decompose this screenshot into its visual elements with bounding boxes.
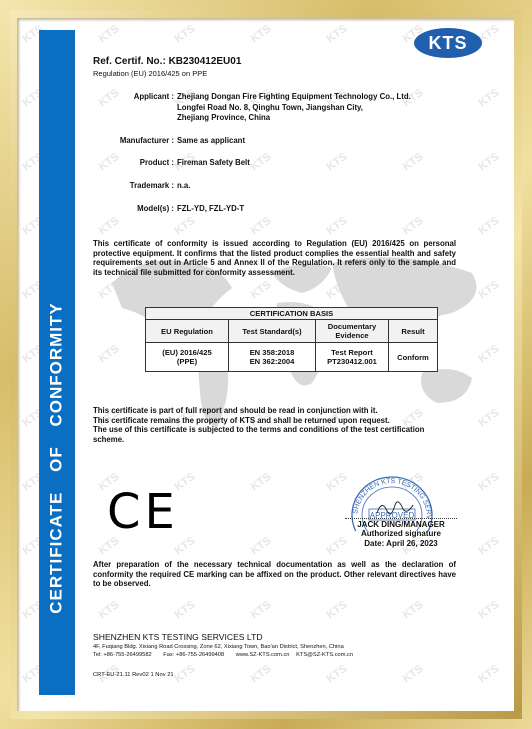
watermark-text: KTS [477,87,502,109]
watermark-text: KTS [97,599,122,621]
watermark-text: KTS [477,599,502,621]
signature-date: Date: April 26, 2023 [339,539,463,548]
watermark-text: KTS [325,23,350,45]
watermark-text: KTS [401,599,426,621]
watermark-text: KTS [249,23,274,45]
watermark-text: KTS [325,663,350,685]
issuer-address: 4F, Fuqiang Bldg. Xixiang Road Crossing,… [93,644,353,652]
watermark-text: KTS [325,215,350,237]
watermark-text: KTS [249,151,274,173]
conformity-statement: This certificate of conformity is issued… [93,239,456,277]
signatory-role: Authorized signature [339,529,463,538]
watermark-text: KTS [97,23,122,45]
watermark-text: KTS [477,663,502,685]
regulation-line: Regulation (EU) 2016/425 on PPE [93,69,207,78]
conditions-text: This certificate is part of full report … [93,406,456,444]
issuer-website[interactable]: www.SZ-KTS.com.cn [236,652,290,658]
certificate-paper: KTSKTSKTSKTSKTSKTSKTSKTSKTSKTSKTSKTSKTSK… [17,18,514,711]
issuer-fax: Fax: +86-755-26499408 [163,652,224,658]
signature-block: JACK DING/MANAGER Authorized signature D… [339,518,463,548]
reference-number: Ref. Certif. No.: KB230412EU01 [93,56,241,67]
watermark-text: KTS [477,535,502,557]
watermark-text: KTS [97,215,122,237]
ce-marking-note: After preparation of the necessary techn… [93,560,456,589]
watermark-text: KTS [173,599,198,621]
watermark-text: KTS [249,535,274,557]
table-row: (EU) 2016/425(PPE) EN 358:2018EN 362:200… [146,343,438,372]
watermark-text: KTS [401,215,426,237]
watermark-text: KTS [477,471,502,493]
watermark-text: KTS [325,471,350,493]
watermark-text: KTS [249,663,274,685]
watermark-text: KTS [173,215,198,237]
watermark-text: KTS [401,151,426,173]
signatory-name: JACK DING/MANAGER [339,520,463,529]
watermark-text: KTS [325,599,350,621]
watermark-text: KTS [249,599,274,621]
watermark-text: KTS [477,215,502,237]
issuer-tel: Tel: +86-755-26499582 [93,652,152,658]
side-title: CERTIFICATE OF CONFORMITY [47,302,67,613]
watermark-text: KTS [173,663,198,685]
ce-mark: CE [107,484,179,540]
watermark-text: KTS [249,471,274,493]
certification-basis-table: CERTIFICATION BASIS EU Regulation Test S… [145,307,438,372]
watermark-text: KTS [477,151,502,173]
watermark-text: KTS [173,23,198,45]
watermark-text: KTS [325,151,350,173]
document-reference: CRT-EU-21.11 Rev02 1 Nov 21 [93,672,174,678]
issuer-contact: 4F, Fuqiang Bldg. Xixiang Road Crossing,… [93,644,353,659]
watermark-text: KTS [249,215,274,237]
issuer-email[interactable]: KTS@SZ-KTS.com.cn [296,652,353,658]
table-title: CERTIFICATION BASIS [146,308,438,320]
kts-logo: KTS [414,28,482,58]
table-header-row: EU Regulation Test Standard(s) Documenta… [146,320,438,343]
signature-line [345,518,457,519]
issuer-company: SHENZHEN KTS TESTING SERVICES LTD [93,632,263,642]
watermark-text: KTS [97,87,122,109]
watermark-text: KTS [97,151,122,173]
watermark-text: KTS [401,663,426,685]
